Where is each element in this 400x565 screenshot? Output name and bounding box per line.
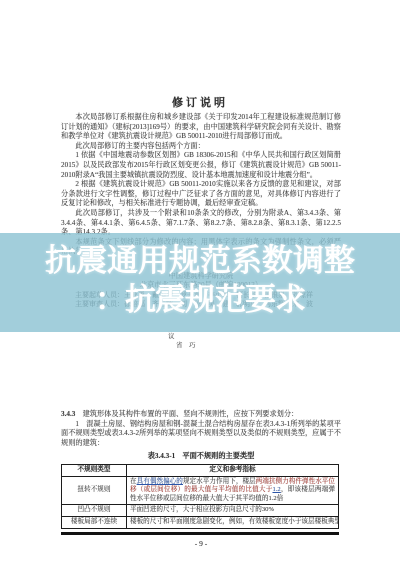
irregularity-table: 不规则类型 定义和参考指标 扭转不规则 在具有偶然偏心的规定水平力作用下，楼层两… — [61, 464, 339, 529]
row2-type: 凹凸不规则 — [62, 505, 127, 517]
table-row: 凹凸不规则 平面凹进的尺寸，大于相应投影方向总尺寸的30% — [62, 505, 339, 517]
paragraph-item1: 1 依据《中国地震动参数区划图》GB 18306-2015和《中华人民共和国行政… — [61, 151, 341, 180]
row1-definition: 在具有偶然偏心的规定水平力作用下，楼层两端抗侧力构件弹性水平位移（或层间位移）的… — [127, 476, 339, 505]
paragraph-intro: 本次局部修订系根据住房和城乡建设部《关于印发2014年工程建设标准规范制订修订计… — [61, 113, 341, 142]
document-title: 修订说明 — [0, 94, 400, 110]
page-footer-rule — [61, 532, 339, 536]
def-part-a: 在 — [130, 478, 137, 485]
text-fragment-2: 省 巧 — [176, 340, 196, 349]
clause-number: 3.4.3 — [61, 410, 75, 418]
table-row: 扭转不规则 在具有偶然偏心的规定水平力作用下，楼层两端抗侧力构件弹性水平位移（或… — [62, 476, 339, 505]
def-part-c: 规定水平力作用下，楼层 — [183, 478, 256, 485]
overlay-title-line1: 抗震通用规范系数调整 — [45, 244, 355, 278]
table-header-row: 不规则类型 定义和参考指标 — [62, 464, 339, 476]
caption-overlay-band: 抗震通用规范系数调整 ：抗震规范要求 — [0, 233, 400, 332]
table-title: 表3.4.3-1 平面不规则的主要类型 — [61, 452, 341, 462]
row3-type: 楼板局部不连续 — [62, 516, 127, 528]
clause-text: 建筑形体及其构件布置的平面、竖向不规则性，应按下列要求划分： — [75, 410, 298, 418]
page-number: - 9 - — [61, 539, 341, 549]
table-row: 楼板局部不连续 楼板的尺寸和平面刚度急剧变化，例如，有效楼板宽度小于该层楼板典型… — [62, 516, 339, 528]
row1-type: 扭转不规则 — [62, 476, 127, 505]
scanned-document-page: 修订说明 本次局部修订系根据住房和城乡建设部《关于印发2014年工程建设标准规范… — [0, 0, 400, 565]
header-irregularity-type: 不规则类型 — [62, 464, 127, 476]
header-definition: 定义和参考指标 — [127, 464, 339, 476]
row3-definition: 楼板的尺寸和平面刚度急剧变化，例如，有效楼板宽度小于该层楼板典型宽度的50%，或… — [127, 516, 339, 528]
text-fragment-1: 议 — [168, 331, 175, 340]
row2-definition: 平面凹进的尺寸，大于相应投影方向总尺寸的30% — [127, 505, 339, 517]
def-part-value: 1.2 — [272, 486, 280, 493]
paragraph-item2: 2 根据《建筑抗震设计规范》GB 50011-2010实施以来各方反馈的意见和建… — [61, 180, 341, 209]
clause-item-1: 1 混凝土房屋、钢结构房屋和钢-混凝土混合结构房屋存在表3.4.3-1所列举的某… — [61, 420, 341, 449]
def-part-addition: 具有偶然偏心的 — [137, 478, 183, 485]
overlay-title-line2: ：抗震规范要求 — [95, 283, 305, 317]
paragraph-scope: 此次局部修订的主要内容包括两个方面： — [61, 142, 341, 152]
clause-section: 3.4.3 建筑形体及其构件布置的平面、竖向不规则性，应按下列要求划分： 1 混… — [61, 410, 341, 549]
clause-3-4-3: 3.4.3 建筑形体及其构件布置的平面、竖向不规则性，应按下列要求划分： — [61, 410, 341, 420]
